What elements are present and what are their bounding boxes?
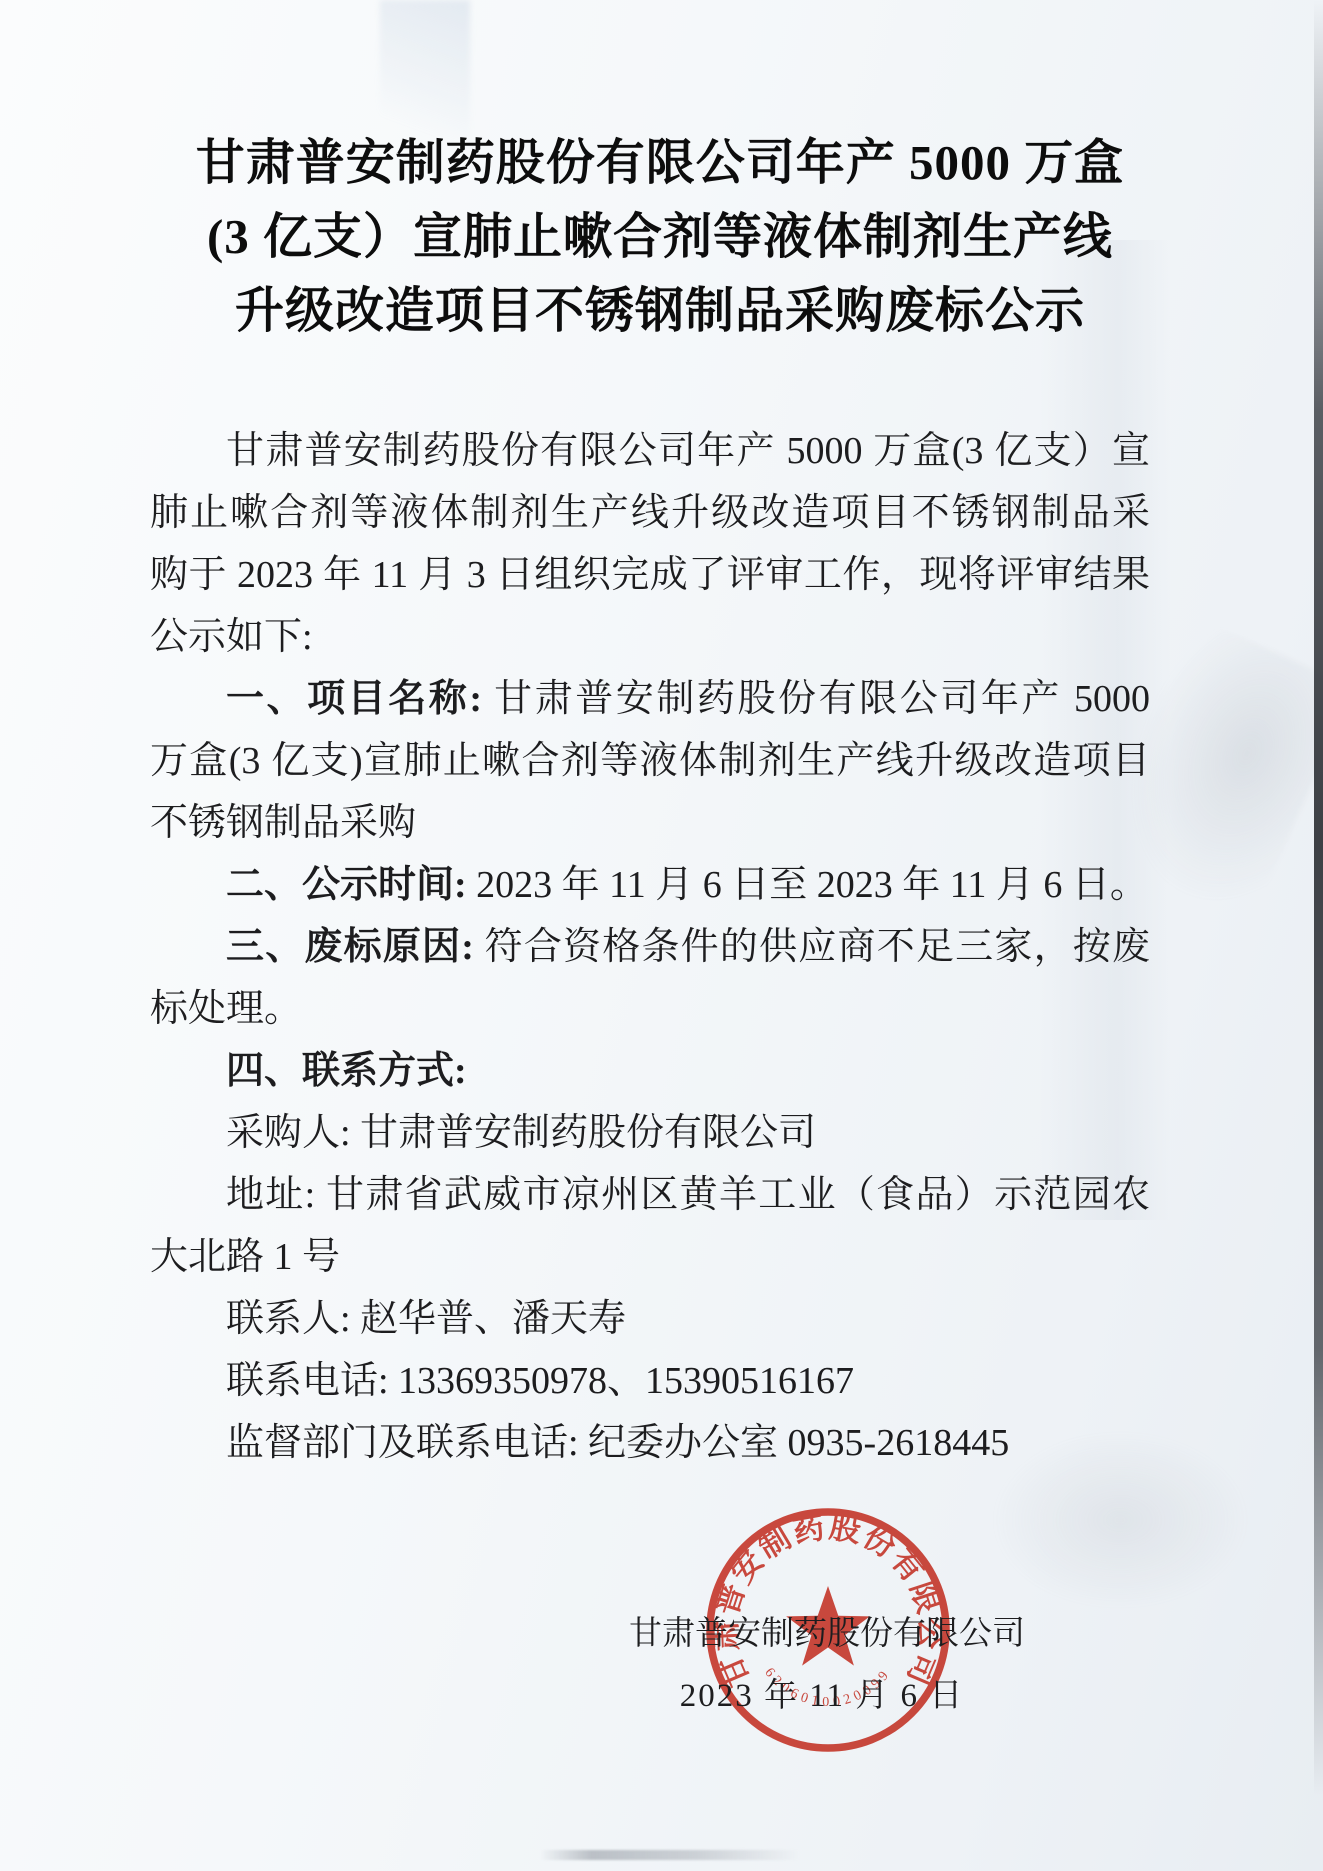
body-line: 甘肃普安制药股份有限公司年产 5000 万盒(3 亿支）宣 (150, 420, 1150, 482)
body-line-project-name: 一、项目名称: 甘肃普安制药股份有限公司年产 5000 (150, 668, 1150, 730)
body-line-phone: 联系电话: 13369350978、15390516167 (150, 1350, 1150, 1412)
title-line-3: 升级改造项目不锈钢制品采购废标公示 (110, 274, 1210, 348)
title-line-2: (3 亿支）宣肺止嗽合剂等液体制剂生产线 (110, 200, 1210, 274)
body-line: 公示如下: (150, 606, 1150, 668)
scan-smudge-bottom (540, 1850, 800, 1860)
scan-edge-shadow (1314, 0, 1323, 1871)
signature-company: 甘肃普安制药股份有限公司 (629, 1603, 1025, 1665)
body-line: 购于 2023 年 11 月 3 日组织完成了评审工作，现将评审结果 (150, 544, 1150, 606)
body-line-address-2: 大北路 1 号 (150, 1226, 1150, 1288)
title-line-1: 甘肃普安制药股份有限公司年产 5000 万盒 (110, 126, 1210, 200)
body-line: 不锈钢制品采购 (150, 792, 1150, 854)
body-line-contact-header: 四、联系方式: (150, 1040, 1150, 1102)
document-body: 甘肃普安制药股份有限公司年产 5000 万盒(3 亿支）宣 肺止嗽合剂等液体制剂… (150, 420, 1150, 1474)
body-line-cancellation-reason: 三、废标原因: 符合资格条件的供应商不足三家，按废 (150, 916, 1150, 978)
body-line-purchaser: 采购人: 甘肃普安制药股份有限公司 (150, 1102, 1150, 1164)
body-line-address: 地址: 甘肃省武威市凉州区黄羊工业（食品）示范园农 (150, 1164, 1150, 1226)
body-line-contact-person: 联系人: 赵华普、潘天寿 (150, 1288, 1150, 1350)
body-line-supervision-phone: 监督部门及联系电话: 纪委办公室 0935-2618445 (150, 1412, 1150, 1474)
body-line: 肺止嗽合剂等液体制剂生产线升级改造项目不锈钢制品采 (150, 482, 1150, 544)
document-title: 甘肃普安制药股份有限公司年产 5000 万盒 (3 亿支）宣肺止嗽合剂等液体制剂… (110, 126, 1210, 348)
body-line-publicity-period: 二、公示时间: 2023 年 11 月 6 日至 2023 年 11 月 6 日… (150, 854, 1150, 916)
body-line: 万盒(3 亿支)宣肺止嗽合剂等液体制剂生产线升级改造项目 (150, 730, 1150, 792)
scanned-document-page: 甘肃普安制药股份有限公司年产 5000 万盒 (3 亿支）宣肺止嗽合剂等液体制剂… (0, 0, 1323, 1871)
signature-date: 2023 年 11 月 6 日 (680, 1665, 965, 1727)
body-line: 标处理。 (150, 978, 1150, 1040)
